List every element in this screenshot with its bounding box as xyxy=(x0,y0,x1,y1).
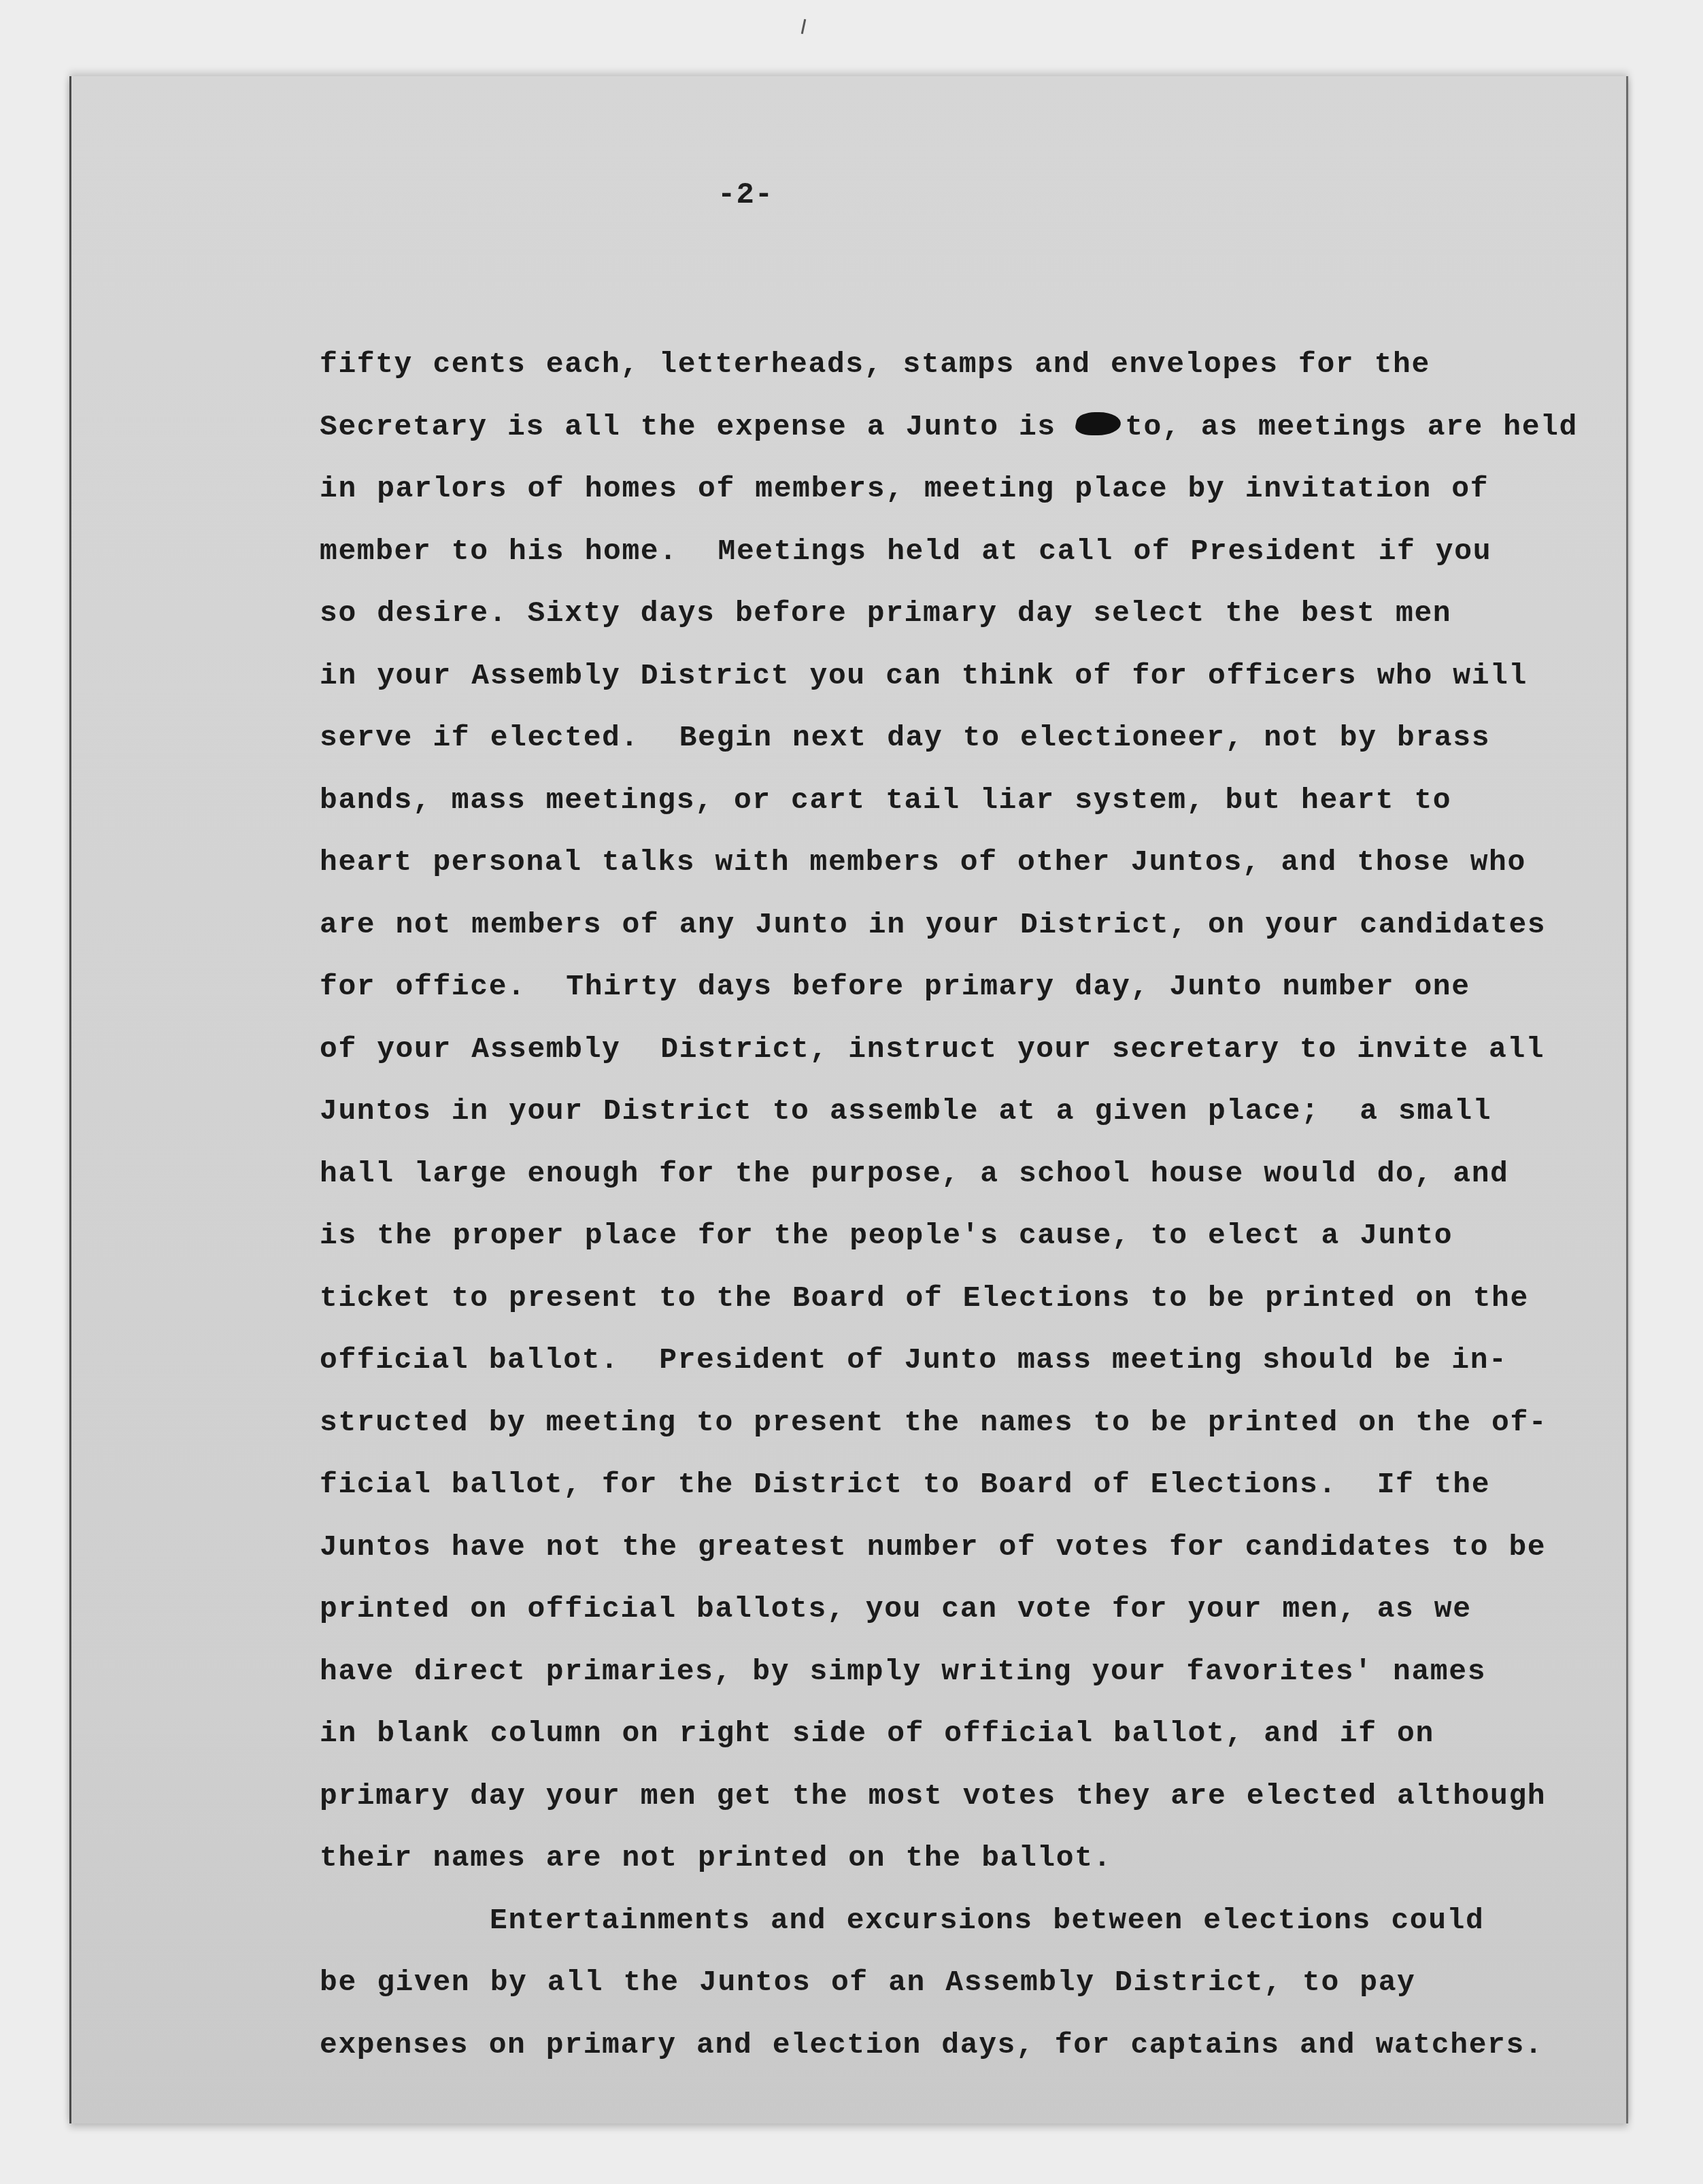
text-line: bands, mass meetings, or cart tail liar … xyxy=(320,769,1612,832)
text-line: so desire. Sixty days before primary day… xyxy=(320,582,1612,645)
text-line: ficial ballot, for the District to Board… xyxy=(320,1454,1612,1516)
text-line: primary day your men get the most votes … xyxy=(320,1765,1612,1828)
text-line: have direct primaries, by simply writing… xyxy=(320,1641,1612,1703)
text-line: heart personal talks with members of oth… xyxy=(320,831,1612,894)
text-line: in your Assembly District you can think … xyxy=(320,645,1612,707)
text-line: structed by meeting to present the names… xyxy=(320,1392,1612,1454)
document-body: fifty cents each, letterheads, stamps an… xyxy=(320,333,1612,2076)
text-line: is the proper place for the people's cau… xyxy=(320,1205,1612,1267)
text-line: ticket to present to the Board of Electi… xyxy=(320,1267,1612,1330)
text-line: in parlors of homes of members, meeting … xyxy=(320,458,1612,520)
text-segment: to, as meetings are held xyxy=(1125,410,1578,443)
paragraph-1: fifty cents each, letterheads, stamps an… xyxy=(320,333,1612,1889)
text-line: member to his home. Meetings held at cal… xyxy=(320,520,1612,583)
text-line: Juntos in your District to assemble at a… xyxy=(320,1080,1612,1143)
text-line: serve if elected. Begin next day to elec… xyxy=(320,707,1612,769)
text-line: of your Assembly District, instruct your… xyxy=(320,1018,1612,1081)
text-line: official ballot. President of Junto mass… xyxy=(320,1329,1612,1392)
text-line: for office. Thirty days before primary d… xyxy=(320,956,1612,1018)
text-line: Entertainments and excursions between el… xyxy=(320,1889,1612,1952)
text-line: Juntos have not the greatest number of v… xyxy=(320,1516,1612,1579)
text-line: printed on official ballots, you can vot… xyxy=(320,1578,1612,1641)
text-line: are not members of any Junto in your Dis… xyxy=(320,894,1612,956)
text-line: expenses on primary and election days, f… xyxy=(320,2014,1612,2077)
text-segment: Secretary is all the expense a Junto is xyxy=(320,410,1076,443)
text-line: fifty cents each, letterheads, stamps an… xyxy=(320,333,1612,396)
text-line-with-smudge: Secretary is all the expense a Junto is … xyxy=(320,396,1612,458)
text-line: their names are not printed on the ballo… xyxy=(320,1827,1612,1889)
text-line: in blank column on right side of officia… xyxy=(320,1702,1612,1765)
ink-smudge xyxy=(1074,412,1124,435)
text-line: be given by all the Juntos of an Assembl… xyxy=(320,1951,1612,2014)
paragraph-2: Entertainments and excursions between el… xyxy=(320,1889,1612,2077)
text-line: hall large enough for the purpose, a sch… xyxy=(320,1143,1612,1205)
page-number: -2- xyxy=(718,178,922,212)
